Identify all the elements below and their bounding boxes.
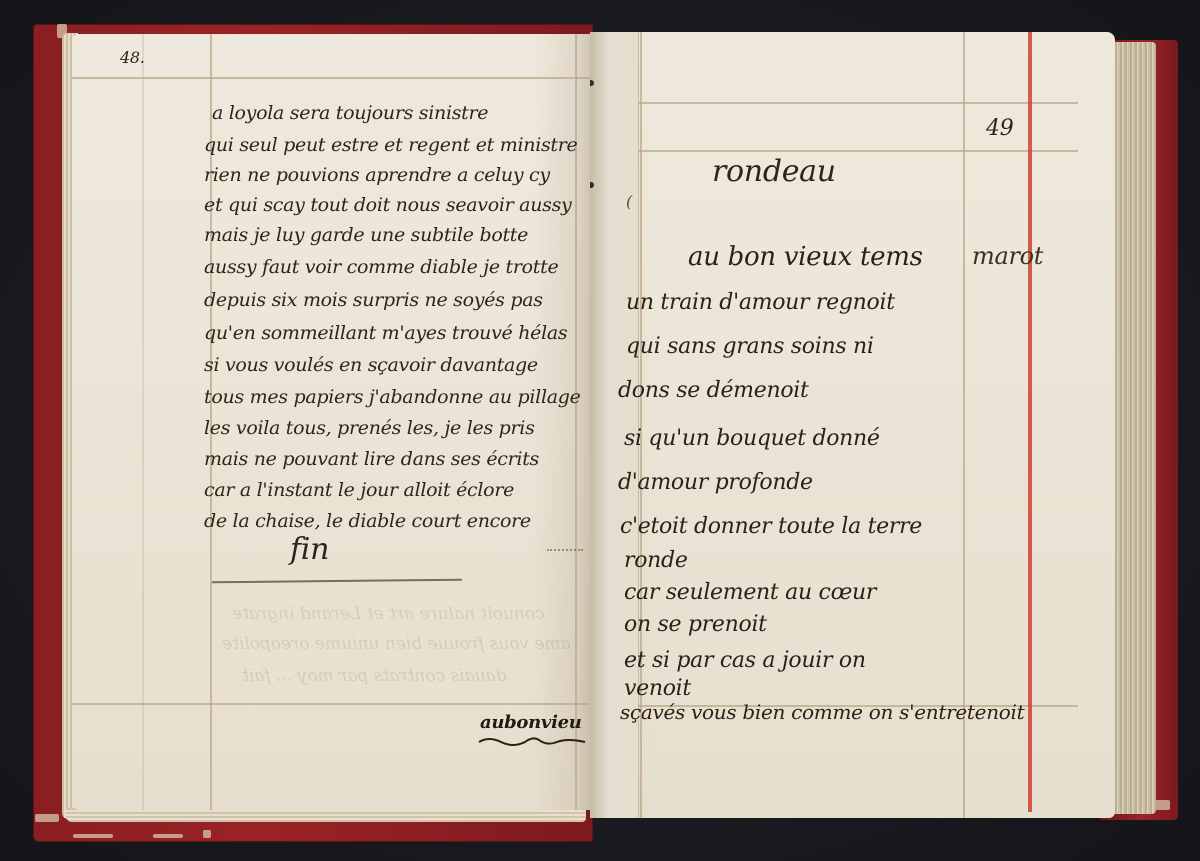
verse-line: aussy faut voir comme diable je trotte — [204, 256, 558, 278]
closing-rule — [212, 579, 462, 583]
tail-edge — [66, 808, 586, 822]
verse-line: venoit — [624, 676, 691, 701]
verse-line: mais je luy garde une subtile botte — [204, 224, 528, 246]
margin-author-note: marot — [972, 242, 1043, 270]
verse-line: rien ne pouvions aprendre a celuy cy — [204, 164, 550, 186]
ink-dots — [547, 539, 583, 551]
verse-line: et si par cas a jouir on — [624, 648, 866, 673]
verso-page: conuoit nalure art et Lerand ingrate ame… — [72, 34, 592, 810]
cover-wear-mark — [73, 834, 113, 838]
verse-line: un train d'amour regnoit — [626, 290, 895, 315]
bleed-through-text: dauais contrats par moy ... fait — [242, 666, 507, 686]
recto-page: ( 49 rondeau marot au bon vieux tems un … — [590, 32, 1115, 818]
page-number: 48. — [120, 48, 145, 67]
verse-line: c'etoit donner toute la terre — [620, 514, 922, 539]
verse-line: on se prenoit — [624, 612, 767, 637]
verse-line: ronde — [624, 548, 688, 573]
cover-wear-mark — [203, 830, 211, 838]
red-ruled-margin — [1028, 32, 1032, 812]
verse-line: qu'en sommeillant m'ayes trouvé hélas — [204, 322, 567, 344]
ruled-line-header — [72, 77, 592, 79]
verse-line: qui sans grans soins ni — [626, 334, 874, 359]
cover-wear-mark — [35, 814, 59, 822]
ruled-margin-outer — [142, 34, 144, 810]
verse-line: tous mes papiers j'abandonne au pillage — [204, 386, 581, 408]
verse-line: et qui scay tout doit nous seavoir aussy — [204, 194, 571, 216]
catchword: aubonvieu — [480, 712, 582, 733]
catchword-flourish — [477, 734, 587, 750]
verse-line: sçavés vous bien comme on s'entretenoit — [620, 700, 1024, 724]
ruled-line-footer — [72, 703, 592, 705]
verse-line: car a l'instant le jour alloit éclore — [204, 479, 514, 501]
verse-line: si vous voulés en sçavoir davantage — [204, 354, 538, 376]
verse-line: qui seul peut estre et regent et ministr… — [204, 134, 577, 156]
fore-edge-right — [1110, 42, 1156, 814]
small-ornament-mark: ( — [626, 192, 632, 211]
ruled-line-header — [638, 102, 1078, 104]
page-number: 49 — [986, 116, 1013, 141]
verse-line: de la chaise, le diable court encore — [204, 510, 531, 532]
verse-line: d'amour profonde — [618, 470, 813, 495]
ruled-line-header-2 — [638, 150, 1078, 152]
verse-line: au bon vieux tems — [688, 242, 923, 272]
cover-wear-mark — [153, 834, 183, 838]
verse-line: a loyola sera toujours sinistre — [212, 102, 488, 124]
poem-title: rondeau — [712, 154, 836, 189]
verse-line: mais ne pouvant lire dans ses écrits — [204, 448, 539, 470]
verse-line: depuis six mois surpris ne soyés pas — [204, 289, 543, 311]
bleed-through-text: ame vous frouue bien uniume oreopolite — [222, 634, 571, 654]
bleed-through-text: conuoit nalure art et Lerand ingrate — [232, 604, 545, 624]
closing-word-fin: fin — [290, 532, 329, 567]
verse-line: les voila tous, prenés les, je les pris — [204, 417, 535, 439]
verse-line: si qu'un bouquet donné — [624, 426, 880, 451]
verse-line: car seulement au cœur — [624, 580, 876, 605]
verse-line: dons se démenoit — [618, 378, 809, 403]
